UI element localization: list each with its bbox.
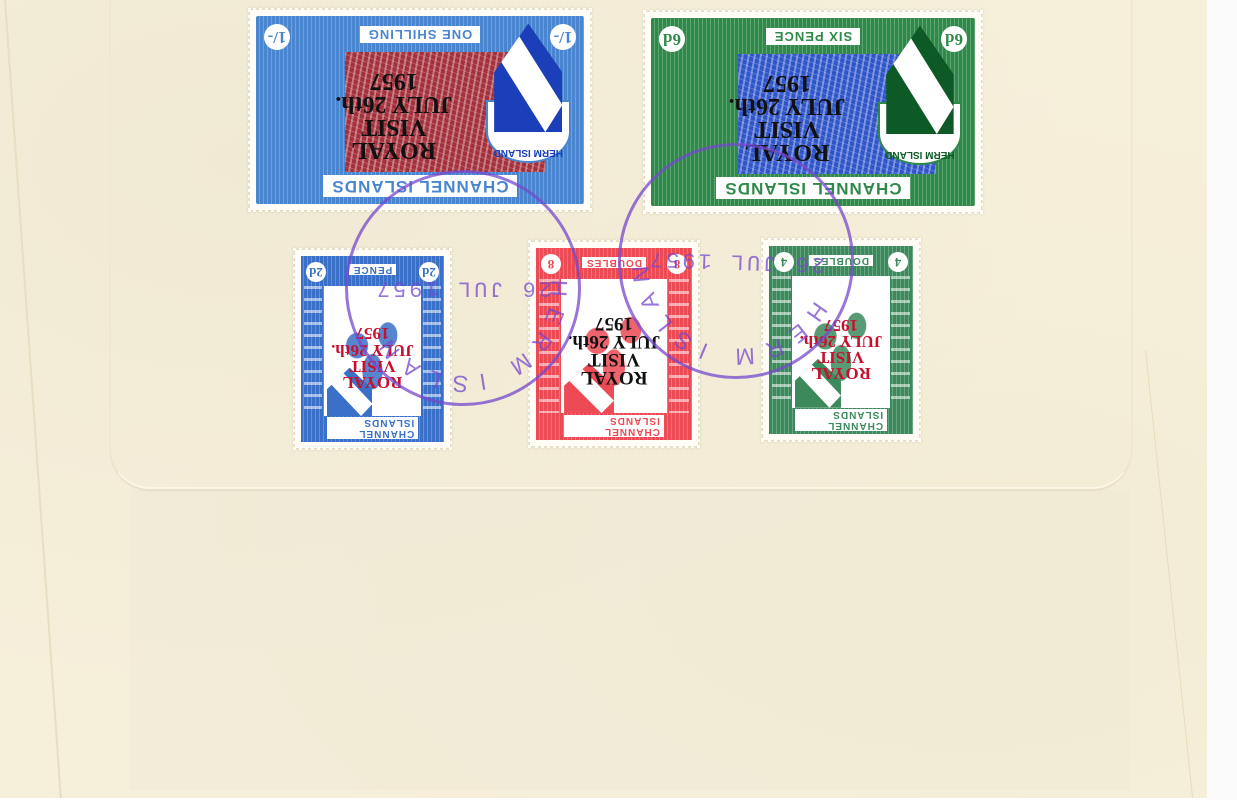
country-label: CHANNEL ISLANDS <box>564 415 664 437</box>
herm-shield: HERM ISLAND <box>486 24 571 163</box>
value-right: 6d <box>659 26 685 52</box>
overprint-line: VISIT <box>555 350 674 368</box>
value-left: 2d <box>419 262 439 282</box>
denomination-label: ONE SHILLING <box>360 26 480 43</box>
denomination-label: DOUBLES <box>809 255 873 266</box>
overprint-line: JULY 26th. <box>555 332 674 350</box>
overprint-line: ROYAL <box>295 138 492 161</box>
value-left: 8 <box>667 254 687 274</box>
overprint: ROYALVISITJULY 26th.1957 <box>321 325 424 390</box>
envelope-side-crease <box>4 0 62 798</box>
overprint-line: JULY 26th. <box>295 92 492 115</box>
value-right: 4 <box>774 252 794 272</box>
country-label: CHANNEL ISLANDS <box>323 175 516 197</box>
country-label: CHANNEL ISLANDS <box>716 177 909 199</box>
overprint-line: 1957 <box>690 72 884 95</box>
overprint: ROYALVISITJULY 26th.1957 <box>789 317 893 382</box>
stamp-four-doubles: CHANNEL ISLANDS DOUBLES 4 4 ROYALVISITJU… <box>763 240 919 440</box>
overprint: ROYALVISITJULY 26th.1957 <box>555 314 674 386</box>
stamp-six-pence: CHANNEL ISLANDS SIX PENCE 6d 6d HERM ISL… <box>645 12 981 212</box>
overprint-line: 1957 <box>555 314 674 332</box>
value-right: 1/- <box>264 24 290 50</box>
overprint-line: VISIT <box>321 358 424 374</box>
overprint-line: JULY 26th. <box>321 342 424 358</box>
stamp-eight-doubles: CHANNEL ISLANDS DOUBLES 8 8 ROYALVISITJU… <box>530 242 698 446</box>
overprint-line: VISIT <box>295 115 492 138</box>
scan-background-strip <box>1207 0 1237 800</box>
stamp-two-pence: CHANNEL ISLANDS PENCE 2d 2d ROYALVISITJU… <box>295 250 450 448</box>
value-right: 2d <box>306 262 326 282</box>
overprint-line: ROYAL <box>555 368 674 386</box>
shield-icon <box>886 26 953 135</box>
overprint-line: JULY 26th. <box>789 333 893 349</box>
denomination-label: DOUBLES <box>582 257 646 268</box>
denomination-label: PENCE <box>349 264 396 275</box>
envelope-lower-panel <box>130 490 1130 790</box>
overprint-line: VISIT <box>690 117 884 140</box>
overprint-line: 1957 <box>295 70 492 93</box>
denomination-label: SIX PENCE <box>766 28 860 45</box>
country-label: CHANNEL ISLANDS <box>327 417 419 439</box>
envelope-side-crease <box>1145 350 1193 798</box>
overprint-line: ROYAL <box>321 374 424 390</box>
overprint: ROYALVISITJULY 26th.1957 <box>295 70 492 161</box>
value-right: 8 <box>541 254 561 274</box>
overprint-line: ROYAL <box>789 365 893 381</box>
country-label: CHANNEL ISLANDS <box>795 409 887 431</box>
overprint-line: 1957 <box>321 325 424 341</box>
stamp-one-shilling: CHANNEL ISLANDS ONE SHILLING 1/- 1/- HER… <box>250 10 590 210</box>
overprint-line: VISIT <box>789 349 893 365</box>
overprint-line: ROYAL <box>690 140 884 163</box>
overprint: ROYALVISITJULY 26th.1957 <box>690 72 884 163</box>
overprint-line: 1957 <box>789 317 893 333</box>
herm-shield: HERM ISLAND <box>878 26 962 165</box>
shield-icon <box>494 24 562 133</box>
value-left: 4 <box>888 252 908 272</box>
overprint-line: JULY 26th. <box>690 94 884 117</box>
